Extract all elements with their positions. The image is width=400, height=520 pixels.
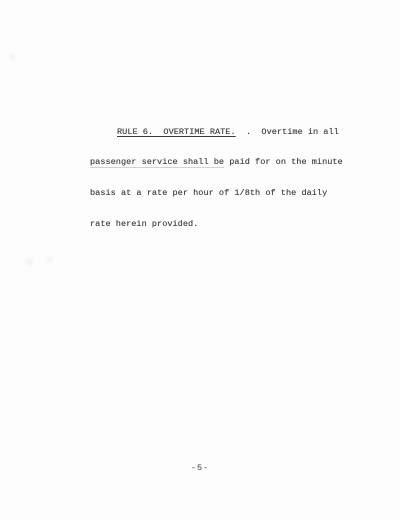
line-2-text: paid for on the minute bbox=[224, 157, 343, 167]
paragraph-line-3: basis at a rate per hour of 1/8th of the… bbox=[90, 188, 343, 198]
scan-smudge-icon bbox=[26, 258, 33, 265]
rule-heading: RULE 6. OVERTIME RATE. bbox=[117, 127, 236, 137]
page-number: -5- bbox=[0, 463, 400, 473]
document-page: RULE 6. OVERTIME RATE. . Overtime in all… bbox=[0, 0, 400, 520]
line-1-text: Overtime in all bbox=[261, 127, 338, 137]
rule-paragraph: RULE 6. OVERTIME RATE. . Overtime in all… bbox=[90, 106, 343, 250]
paragraph-line-4: rate herein provided. bbox=[90, 219, 343, 229]
line-4-text: rate herein provided. bbox=[90, 219, 198, 229]
paragraph-line-1: RULE 6. OVERTIME RATE. . Overtime in all bbox=[90, 127, 343, 137]
heading-separator: . bbox=[236, 127, 262, 137]
scan-smudge-icon bbox=[46, 256, 53, 263]
scan-smudge-icon bbox=[11, 53, 14, 61]
paragraph-line-2: passenger service shall be paid for on t… bbox=[90, 157, 343, 167]
line-2-underlined-text: passenger service shall be bbox=[90, 157, 224, 168]
line-3-text: basis at a rate per hour of 1/8th of the… bbox=[90, 188, 327, 198]
